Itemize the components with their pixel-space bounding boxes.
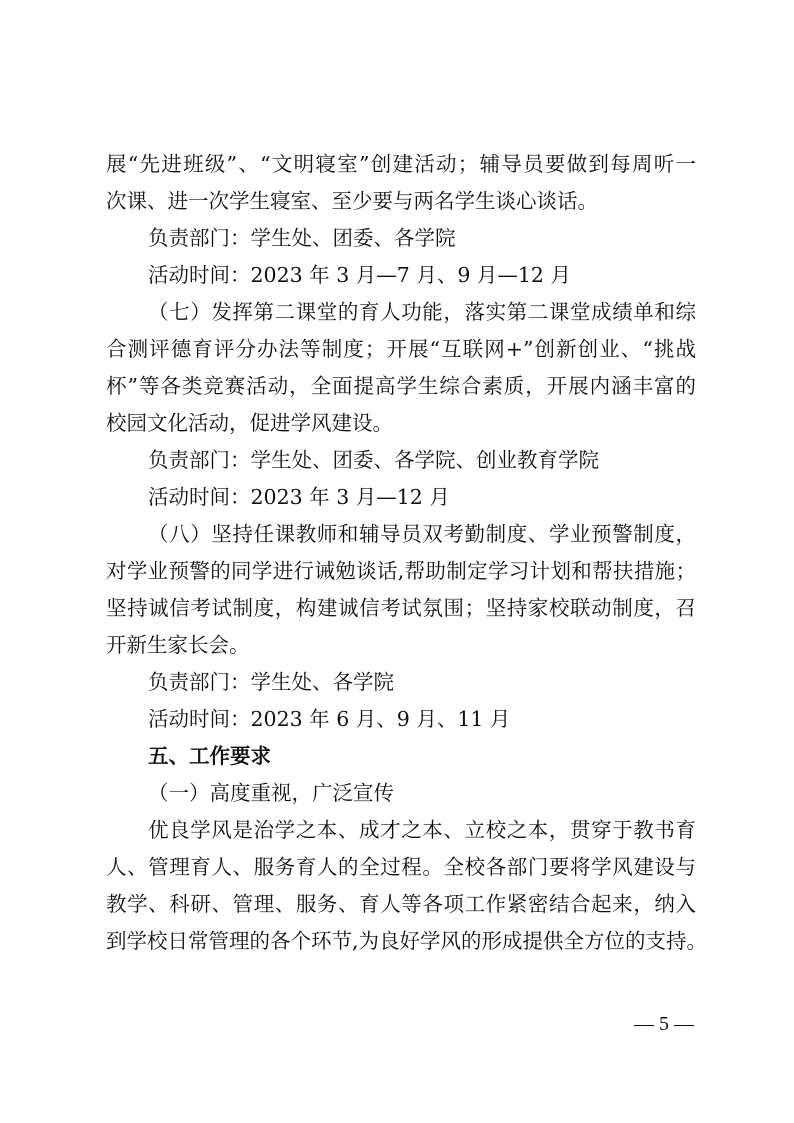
text-line: 坚持诚信考试制度，构建诚信考试氛围；坚持家校联动制度，召 [106, 590, 696, 627]
text-line: 次课、进一次学生寝室、至少要与两名学生谈心谈话。 [106, 183, 696, 220]
text-line: 展“先进班级”、“文明寝室”创建活动；辅导员要做到每周听一 [106, 146, 696, 183]
department-line: 负责部门：学生处、团委、各学院 [106, 220, 696, 257]
schedule-line: 活动时间：2023 年 3 月—7 月、9 月—12 月 [106, 257, 696, 294]
schedule-line: 活动时间：2023 年 3 月—12 月 [106, 479, 696, 516]
text-line: 对学业预警的同学进行诫勉谈话,帮助制定学习计划和帮扶措施； [106, 553, 696, 590]
text-line: 人、管理育人、服务育人的全过程。全校各部门要将学风建设与 [106, 849, 696, 886]
page-number: — 5 — [634, 1012, 694, 1036]
department-line: 负责部门：学生处、各学院 [106, 664, 696, 701]
text-line: 教学、科研、管理、服务、育人等各项工作紧密结合起来，纳入 [106, 886, 696, 923]
text-line: 开新生家长会。 [106, 627, 696, 664]
document-page: 展“先进班级”、“文明寝室”创建活动；辅导员要做到每周听一 次课、进一次学生寝室… [106, 146, 696, 960]
section-heading: 五、工作要求 [106, 738, 696, 775]
schedule-line: 活动时间：2023 年 6 月、9 月、11 月 [106, 701, 696, 738]
text-line: 到学校日常管理的各个环节,为良好学风的形成提供全方位的支持。 [106, 923, 696, 960]
text-line: 合测评德育评分办法等制度；开展“互联网+”创新创业、“挑战 [106, 331, 696, 368]
text-line: 杯”等各类竞赛活动，全面提高学生综合素质，开展内涵丰富的 [106, 368, 696, 405]
item-seven-start: （七）发挥第二课堂的育人功能，落实第二课堂成绩单和综 [106, 294, 696, 331]
subsection-heading: （一）高度重视，广泛宣传 [106, 775, 696, 812]
item-eight-start: （八）坚持任课教师和辅导员双考勤制度、学业预警制度， [106, 516, 696, 553]
text-line: 校园文化活动，促进学风建设。 [106, 405, 696, 442]
paragraph-start: 优良学风是治学之本、成才之本、立校之本，贯穿于教书育 [106, 812, 696, 849]
department-line: 负责部门：学生处、团委、各学院、创业教育学院 [106, 442, 696, 479]
